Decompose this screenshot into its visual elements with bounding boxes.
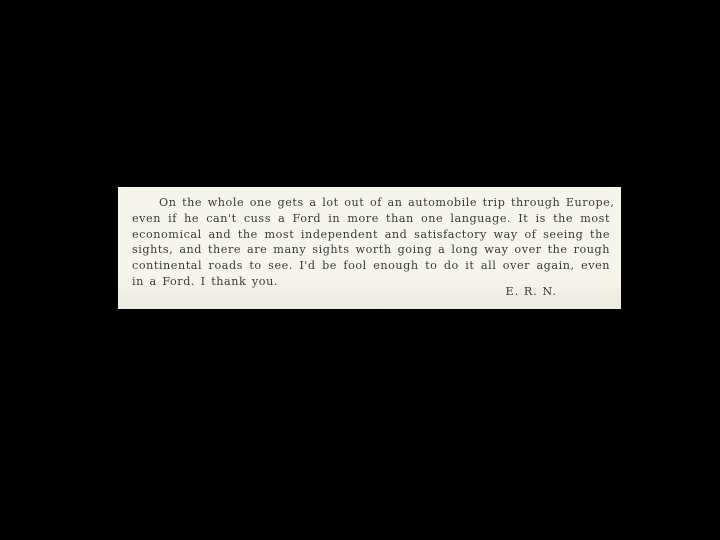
paragraph-line: On the whole one gets a lot out of an au…: [132, 195, 610, 211]
paragraph-line: even if he can't cuss a Ford in more tha…: [132, 211, 610, 227]
paragraph-line: continental roads to see. I'd be fool en…: [132, 258, 610, 274]
screen: On the whole one gets a lot out of an au…: [0, 0, 720, 540]
newspaper-clipping: On the whole one gets a lot out of an au…: [118, 187, 621, 309]
paragraph-line: economical and the most independent and …: [132, 227, 610, 243]
paragraph-line: sights, and there are many sights worth …: [132, 242, 610, 258]
article-paragraph: On the whole one gets a lot out of an au…: [132, 195, 610, 290]
author-signature: E. R. N.: [506, 285, 557, 298]
